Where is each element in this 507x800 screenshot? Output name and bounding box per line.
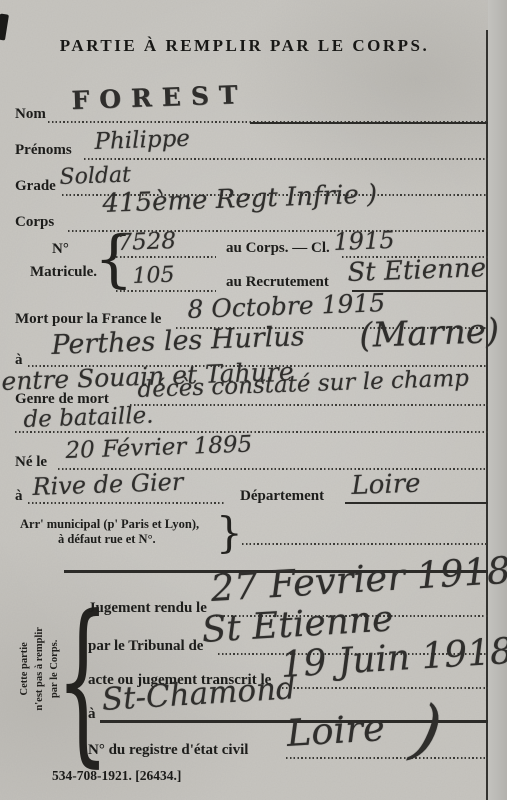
mort-date-value: 8 Octobre 1915 [187, 288, 386, 324]
side-note-line1: Cette partie [17, 584, 32, 754]
scanned-death-record-card: PARTIE À REMPLIR PAR LE CORPS. Nom FORES… [0, 0, 507, 800]
mort-lieu-dept-value: (Marne) [359, 311, 500, 356]
matricule-label: Matricule. [30, 264, 97, 281]
side-note-line2: n'est pas à remplir [32, 584, 47, 754]
classe-value: 1915 [333, 226, 395, 256]
registre-dotted-line [286, 757, 488, 759]
genre-mort-dotted-line [130, 404, 488, 406]
grade-label: Grade [15, 178, 56, 195]
mort-le-label: Mort pour la France le [15, 311, 161, 328]
matricule-recrutement-dotted-line [116, 290, 216, 292]
prenoms-value: Philippe [94, 126, 190, 155]
naissance-date-value: 20 Février 1895 [65, 432, 252, 464]
grade-value: Soldat [59, 163, 131, 190]
ne-le-label: Né le [15, 454, 47, 471]
form-title: PARTIE À REMPLIR PAR LE CORPS. [0, 36, 489, 56]
departement-value: Loire [351, 469, 421, 501]
tribunal-label: par le Tribunal de [88, 638, 203, 655]
arr-label-line2: à défaut rue et N°. [58, 532, 156, 547]
corps-value: 415ème Regt Infrie ) [102, 179, 378, 219]
transcription-date-dotted-line [282, 687, 488, 689]
registre-paren: ) [406, 690, 448, 773]
departement-label: Département [240, 488, 324, 505]
nom-value: FOREST [71, 80, 248, 115]
matricule-no-label: N° [52, 241, 69, 258]
arr-brace: } [216, 512, 243, 554]
arr-dotted-line [242, 543, 488, 545]
arr-label-line1: Arr' municipal (p' Paris et Lyon), [20, 517, 199, 532]
matricule-corps-value: 7528 [117, 228, 176, 256]
naissance-lieu-label: à [15, 488, 23, 505]
matricule-corps-dotted-line [116, 256, 216, 258]
transcription-lieu-label: à [88, 706, 96, 723]
prenoms-label: Prénoms [15, 142, 72, 159]
genre-mort-value-line2: de bataille. [23, 402, 154, 433]
nom-label: Nom [15, 106, 46, 123]
au-corps-label: au Corps. — Cl. [226, 240, 330, 257]
registre-label: N° du registre d'état civil [88, 742, 248, 759]
jugement-rendu-label: Jugement rendu le [88, 600, 207, 617]
au-recrutement-label: au Recrutement [226, 274, 329, 291]
nom-line-heavy [250, 122, 488, 124]
naissance-lieu-value: Rive de Gier [32, 468, 184, 501]
scan-page-edge [486, 30, 488, 800]
print-reference-code: 534-708-1921. [26434.] [52, 768, 181, 784]
recrutement-value: St Etienne [347, 253, 486, 288]
matricule-recrutement-value: 105 [132, 263, 175, 289]
naissance-lieu-dotted-line [28, 502, 224, 504]
registre-value: Loire [285, 706, 386, 755]
corps-label: Corps [15, 214, 54, 231]
departement-line [345, 502, 488, 504]
prenoms-dotted-line [84, 158, 488, 160]
scan-page-margin [488, 0, 507, 800]
